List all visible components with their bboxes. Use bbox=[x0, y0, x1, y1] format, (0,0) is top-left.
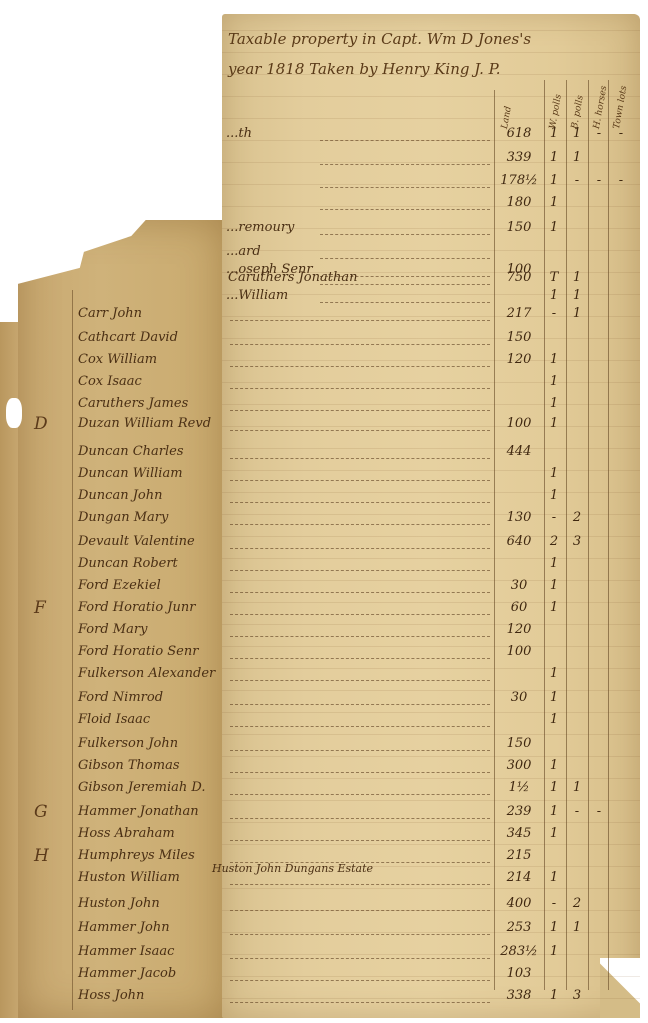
cell-land: 444 bbox=[494, 444, 544, 459]
cell-w-polls: 1 bbox=[545, 988, 563, 1003]
leader-dashes bbox=[230, 794, 490, 796]
table-row: 33911 bbox=[0, 150, 648, 172]
leader-dashes bbox=[230, 344, 490, 346]
cell-b-polls: 1 bbox=[568, 306, 586, 321]
cell-w-polls: - bbox=[545, 510, 563, 525]
ruled-line bbox=[222, 118, 640, 119]
leader-dashes bbox=[320, 164, 490, 166]
taxpayer-name: Cathcart David bbox=[78, 330, 178, 345]
cell-town-lots: - bbox=[612, 173, 630, 188]
cell-land: 214 bbox=[494, 870, 544, 885]
cell-b-polls: 2 bbox=[568, 896, 586, 911]
leader-dashes bbox=[230, 750, 490, 752]
leader-dashes bbox=[230, 502, 490, 504]
annotation-estate: Huston John Dungans Estate bbox=[212, 862, 373, 875]
taxpayer-name: Hammer Jacob bbox=[78, 966, 176, 981]
leader-dashes bbox=[230, 410, 490, 412]
taxpayer-name: Hammer John bbox=[78, 920, 170, 935]
cell-land: 300 bbox=[494, 758, 544, 773]
cell-b-polls: 3 bbox=[568, 988, 586, 1003]
ruled-line bbox=[222, 492, 640, 493]
ruled-line bbox=[222, 624, 640, 625]
cell-w-polls: 1 bbox=[545, 758, 563, 773]
ruled-line bbox=[222, 294, 640, 295]
ruled-line bbox=[222, 74, 640, 75]
taxpayer-name: Duzan William Revd bbox=[78, 416, 211, 431]
ruled-line bbox=[222, 426, 640, 427]
ruled-line bbox=[222, 96, 640, 97]
leader-dashes bbox=[230, 458, 490, 460]
table-row: Devault Valentine64023 bbox=[0, 534, 648, 556]
leader-dashes bbox=[230, 1002, 490, 1004]
table-row: Duzan William Revd1001 bbox=[0, 416, 648, 438]
taxpayer-name: Dungan Mary bbox=[78, 510, 168, 525]
leader-dashes bbox=[230, 680, 490, 682]
cell-w-polls: 1 bbox=[545, 466, 563, 481]
cell-land: 215 bbox=[494, 848, 544, 863]
taxpayer-name: Gibson Thomas bbox=[78, 758, 180, 773]
cell-h-horses: - bbox=[590, 126, 608, 141]
cell-b-polls: 2 bbox=[568, 510, 586, 525]
taxpayer-name: Ford Horatio Senr bbox=[78, 644, 198, 659]
table-row: Duncan Robert1 bbox=[0, 556, 648, 578]
table-row: ...th61811-- bbox=[0, 126, 648, 148]
taxpayer-name: Ford Horatio Junr bbox=[78, 600, 195, 615]
taxpayer-name: Hammer Jonathan bbox=[78, 804, 199, 819]
ruled-line bbox=[222, 52, 640, 53]
leader-dashes bbox=[320, 187, 490, 189]
ruled-line bbox=[222, 206, 640, 207]
ruled-line bbox=[222, 316, 640, 317]
ruled-line bbox=[222, 756, 640, 757]
taxpayer-name: Duncan Robert bbox=[78, 556, 178, 571]
ruled-line bbox=[222, 734, 640, 735]
cell-b-polls: 1 bbox=[568, 288, 586, 303]
taxpayer-name: Hammer Isaac bbox=[78, 944, 174, 959]
leader-dashes bbox=[230, 958, 490, 960]
taxpayer-name: Ford Nimrod bbox=[78, 690, 163, 705]
ruled-line bbox=[222, 382, 640, 383]
margin-letter: H bbox=[34, 846, 49, 866]
taxpayer-name: Humphreys Miles bbox=[78, 848, 195, 863]
cell-land: 345 bbox=[494, 826, 544, 841]
ruled-line bbox=[222, 536, 640, 537]
taxpayer-name: Huston William bbox=[78, 870, 180, 885]
table-row: Huston John400-2 bbox=[0, 896, 648, 918]
table-row: Ford Nimrod301 bbox=[0, 690, 648, 712]
cell-land: 100 bbox=[494, 416, 544, 431]
leader-dashes bbox=[230, 884, 490, 886]
cell-b-polls: - bbox=[568, 804, 586, 819]
ruled-line bbox=[222, 184, 640, 185]
table-row: Hoss John33813 bbox=[0, 988, 648, 1010]
cell-w-polls: 1 bbox=[545, 804, 563, 819]
taxpayer-name: Hoss John bbox=[78, 988, 144, 1003]
table-row: Cathcart David150 bbox=[0, 330, 648, 352]
ruled-line bbox=[222, 998, 640, 999]
ruled-line bbox=[222, 690, 640, 691]
ruled-line bbox=[222, 954, 640, 955]
leader-dashes bbox=[230, 704, 490, 706]
taxpayer-name: Fulkerson John bbox=[78, 736, 178, 751]
ruled-line bbox=[222, 338, 640, 339]
leader-dashes bbox=[230, 388, 490, 390]
ruled-line bbox=[222, 30, 640, 31]
taxpayer-name: Cox Isaac bbox=[78, 374, 142, 389]
taxpayer-name: Floid Isaac bbox=[78, 712, 150, 727]
leader-dashes bbox=[230, 480, 490, 482]
ruled-line bbox=[222, 602, 640, 603]
cell-land: 283½ bbox=[494, 944, 544, 959]
cell-b-polls: 1 bbox=[568, 780, 586, 795]
taxpayer-name: ...ard bbox=[226, 244, 261, 259]
cell-w-polls: 1 bbox=[545, 416, 563, 431]
leader-dashes bbox=[230, 320, 490, 322]
cell-land: 180 bbox=[494, 195, 544, 210]
leader-dashes bbox=[320, 209, 490, 211]
ruled-line bbox=[222, 800, 640, 801]
table-row: Fulkerson John150 bbox=[0, 736, 648, 758]
ruled-line bbox=[222, 162, 640, 163]
ruled-line bbox=[222, 712, 640, 713]
leader-dashes bbox=[230, 592, 490, 594]
cell-w-polls: 1 bbox=[545, 288, 563, 303]
table-row: Hammer John25311 bbox=[0, 920, 648, 942]
taxpayer-name: Duncan Charles bbox=[78, 444, 184, 459]
cell-land: 338 bbox=[494, 988, 544, 1003]
ruled-line bbox=[222, 778, 640, 779]
ruled-line bbox=[222, 932, 640, 933]
ruled-line bbox=[222, 360, 640, 361]
cell-w-polls: 1 bbox=[545, 173, 563, 188]
leader-dashes bbox=[230, 726, 490, 728]
leader-dashes bbox=[320, 258, 490, 260]
cell-land: 400 bbox=[494, 896, 544, 911]
cell-w-polls: 1 bbox=[545, 944, 563, 959]
ruled-line bbox=[222, 272, 640, 273]
taxpayer-name: Gibson Jeremiah D. bbox=[78, 780, 206, 795]
cell-land: 130 bbox=[494, 510, 544, 525]
cell-land: 150 bbox=[494, 736, 544, 751]
taxpayer-name: Ford Ezekiel bbox=[78, 578, 161, 593]
cell-b-polls: - bbox=[568, 173, 586, 188]
table-row: Ford Horatio Senr100 bbox=[0, 644, 648, 666]
cell-land: 1½ bbox=[494, 780, 544, 795]
taxpayer-name: ...th bbox=[226, 126, 252, 141]
ruled-line bbox=[222, 558, 640, 559]
taxpayer-name: Hoss Abraham bbox=[78, 826, 175, 841]
ruled-line bbox=[222, 580, 640, 581]
margin-letter: G bbox=[34, 802, 48, 822]
taxpayer-name: Ford Mary bbox=[78, 622, 147, 637]
margin-letter: F bbox=[34, 598, 46, 618]
table-row: Carr John217-1 bbox=[0, 306, 648, 328]
cell-land: 618 bbox=[494, 126, 544, 141]
cell-land: 239 bbox=[494, 804, 544, 819]
leader-dashes bbox=[230, 570, 490, 572]
cell-w-polls: - bbox=[545, 896, 563, 911]
ruled-line bbox=[222, 514, 640, 515]
cell-w-polls: 1 bbox=[545, 126, 563, 141]
margin-letter: D bbox=[34, 414, 48, 434]
ruled-line bbox=[222, 976, 640, 977]
cell-w-polls: - bbox=[545, 306, 563, 321]
cell-w-polls: 1 bbox=[545, 690, 563, 705]
table-row: Cox Isaac1 bbox=[0, 374, 648, 396]
leader-dashes bbox=[320, 234, 490, 236]
ruled-line bbox=[222, 470, 640, 471]
ruled-line bbox=[222, 228, 640, 229]
cell-w-polls: 1 bbox=[545, 712, 563, 727]
table-row: ...remoury1501 bbox=[0, 220, 648, 242]
ruled-line bbox=[222, 822, 640, 823]
cell-land: 103 bbox=[494, 966, 544, 981]
cell-b-polls: 1 bbox=[568, 126, 586, 141]
table-row: Hammer Isaac283½1 bbox=[0, 944, 648, 966]
cell-land: 217 bbox=[494, 306, 544, 321]
table-row: Gibson Jeremiah D.1½11 bbox=[0, 780, 648, 802]
ruled-line bbox=[222, 140, 640, 141]
cell-land: 30 bbox=[494, 690, 544, 705]
cell-w-polls: 1 bbox=[545, 826, 563, 841]
leader-dashes bbox=[230, 636, 490, 638]
ruled-line bbox=[222, 844, 640, 845]
table-row: Cox William1201 bbox=[0, 352, 648, 374]
table-row: Ford Horatio Junr601 bbox=[0, 600, 648, 622]
taxpayer-name: Carr John bbox=[78, 306, 142, 321]
ruled-line bbox=[222, 404, 640, 405]
leader-dashes bbox=[230, 840, 490, 842]
cell-w-polls: 1 bbox=[545, 780, 563, 795]
leader-dashes bbox=[230, 548, 490, 550]
table-row: Floid Isaac1 bbox=[0, 712, 648, 734]
ruled-line bbox=[222, 866, 640, 867]
document-title-line-1: Taxable property in Capt. Wm D Jones's bbox=[228, 30, 531, 48]
cell-h-horses: - bbox=[590, 173, 608, 188]
leader-dashes bbox=[230, 524, 490, 526]
taxpayer-name: ...William bbox=[226, 288, 288, 303]
cell-w-polls: 1 bbox=[545, 195, 563, 210]
table-row: Caruthers James1 bbox=[0, 396, 648, 418]
table-row: Ford Ezekiel301 bbox=[0, 578, 648, 600]
leader-dashes bbox=[230, 614, 490, 616]
ruled-line bbox=[222, 646, 640, 647]
cell-h-horses: - bbox=[590, 804, 608, 819]
taxpayer-name: Fulkerson Alexander bbox=[78, 666, 215, 681]
leader-dashes bbox=[230, 366, 490, 368]
table-row: Gibson Thomas3001 bbox=[0, 758, 648, 780]
taxpayer-name: Cox William bbox=[78, 352, 157, 367]
taxpayer-name: Caruthers James bbox=[78, 396, 188, 411]
leader-dashes bbox=[230, 934, 490, 936]
ruled-line bbox=[222, 448, 640, 449]
leader-dashes bbox=[230, 818, 490, 820]
leader-dashes bbox=[230, 430, 490, 432]
leader-dashes bbox=[320, 302, 490, 304]
document-title-line-2: year 1818 Taken by Henry King J. P. bbox=[228, 60, 500, 78]
table-row: Ford Mary120 bbox=[0, 622, 648, 644]
cell-land: 178½ bbox=[494, 173, 544, 188]
taxpayer-name: Duncan William bbox=[78, 466, 183, 481]
cell-town-lots: - bbox=[612, 126, 630, 141]
ruled-line bbox=[222, 250, 640, 251]
ruled-line bbox=[222, 668, 640, 669]
table-row: Hammer Jacob103 bbox=[0, 966, 648, 988]
leader-dashes bbox=[320, 284, 490, 286]
cell-w-polls: 1 bbox=[545, 870, 563, 885]
cell-w-polls: 1 bbox=[545, 488, 563, 503]
table-row: Fulkerson Alexander1 bbox=[0, 666, 648, 688]
taxpayer-name: Devault Valentine bbox=[78, 534, 195, 549]
leader-dashes bbox=[230, 980, 490, 982]
ruled-line bbox=[222, 910, 640, 911]
ruled-line bbox=[222, 888, 640, 889]
taxpayer-name: Duncan John bbox=[78, 488, 163, 503]
taxpayer-name: Huston John bbox=[78, 896, 160, 911]
leader-dashes bbox=[230, 772, 490, 774]
leader-dashes bbox=[230, 658, 490, 660]
